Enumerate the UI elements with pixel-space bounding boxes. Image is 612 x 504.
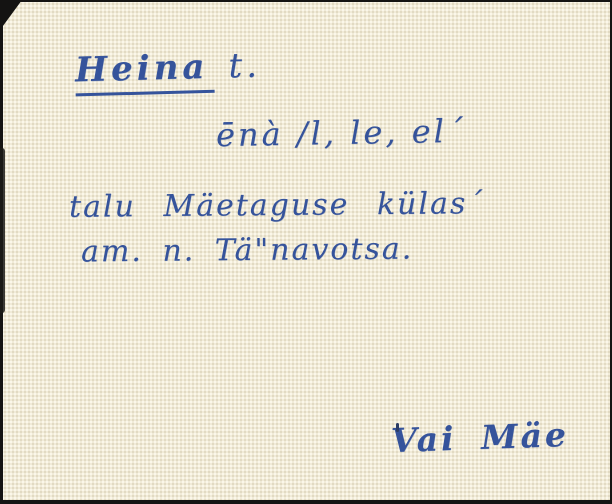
heading-underlined-word: Heina	[75, 47, 216, 97]
scan-left-edge-mark	[0, 148, 5, 313]
heading-suffix: t.	[228, 46, 262, 87]
ink-speck	[396, 423, 399, 432]
handwritten-line-location: talu Mäetaguse külas´	[69, 186, 485, 225]
handwritten-line-name: am. n. Tä"navotsa.	[81, 232, 414, 270]
handwritten-line-endings: ēnà /l, le, el´	[216, 112, 466, 154]
card-heading: Heinat.	[75, 46, 262, 91]
card-signature: Vai Mäe	[390, 415, 569, 460]
scanned-card-page: { "card": { "title": { "main": "Heina", …	[0, 0, 612, 504]
scan-corner-mark	[0, 0, 22, 30]
card-paper: Heinat. ēnà /l, le, el´ talu Mäetaguse k…	[3, 2, 610, 500]
